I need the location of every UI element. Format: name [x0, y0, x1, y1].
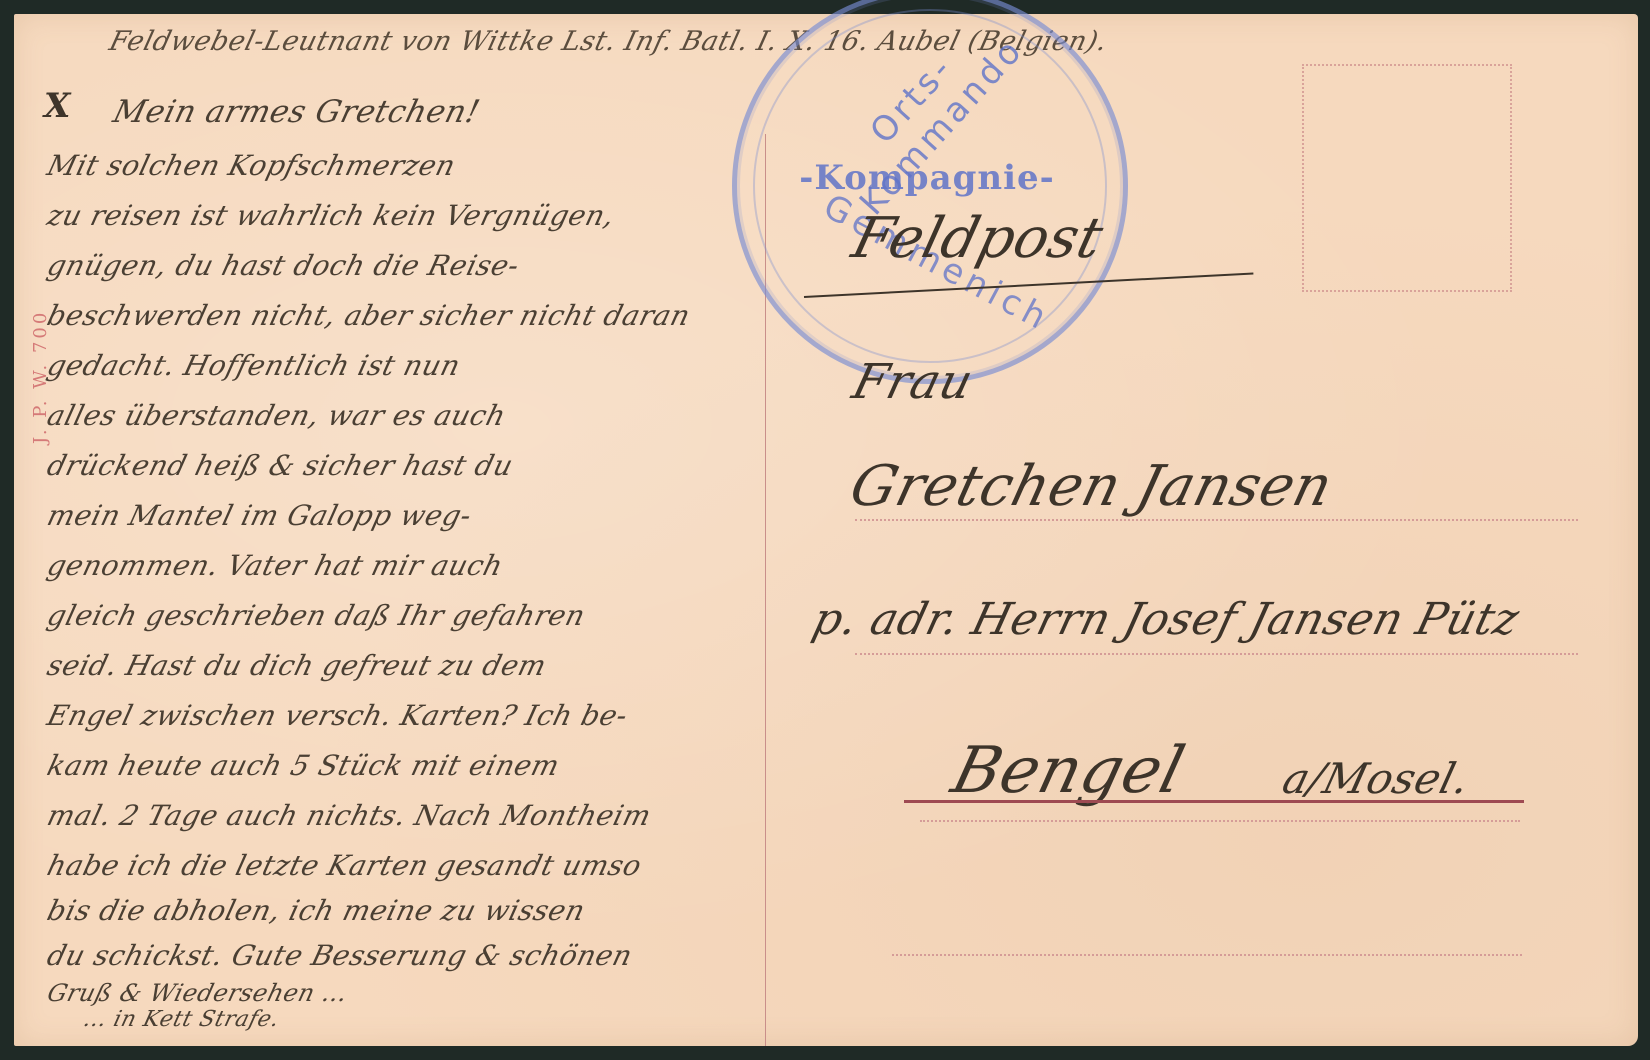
postmark-seal: Orts-Kommando -Kompagnie- Gemmenich	[732, 0, 1128, 384]
message-line: Mit solchen Kopfschmerzen	[44, 149, 459, 182]
stamp-box	[1302, 64, 1512, 292]
message-line: habe ich die letzte Karten gesandt umso	[44, 849, 645, 882]
postcard: Feldwebel-Leutnant von Wittke Lst. Inf. …	[14, 14, 1638, 1046]
address-line-4	[892, 954, 1522, 956]
message-line: du schickst. Gute Besserung & schönen	[44, 939, 636, 972]
message-line: ... in Kett Strafe.	[81, 1007, 282, 1032]
message-line: gleich geschrieben daß Ihr gefahren	[44, 599, 589, 632]
address-care-of: p. adr. Herrn Josef Jansen Pütz	[808, 594, 1525, 645]
address-underline-red	[904, 800, 1524, 803]
address-city: Bengel	[945, 734, 1192, 808]
message-line: kam heute auch 5 Stück mit einem	[44, 749, 563, 782]
message-line: mal. 2 Tage auch nichts. Nach Montheim	[44, 799, 655, 832]
message-line: genommen. Vater hat mir auch	[44, 549, 507, 582]
feldpost-note: Feldpost	[846, 206, 1110, 271]
message-line: seid. Hast du dich gefreut zu dem	[44, 649, 550, 682]
address-line-3	[920, 820, 1520, 822]
address-line-2	[855, 653, 1578, 655]
message-line: gnügen, du hast doch die Reise-	[44, 249, 523, 282]
message-line: Engel zwischen versch. Karten? Ich be-	[44, 699, 631, 732]
message-line: bis die abholen, ich meine zu wissen	[44, 894, 589, 927]
roman-mark: X	[44, 86, 70, 126]
message-line: alles überstanden, war es auch	[44, 399, 509, 432]
greeting: Mein armes Gretchen!	[110, 94, 484, 130]
message-line: gedacht. Hoffentlich ist nun	[44, 349, 464, 382]
message-line: zu reisen ist wahrlich kein Vergnügen,	[44, 199, 618, 232]
message-line: mein Mantel im Galopp weg-	[44, 499, 475, 532]
address-salutation: Frau	[847, 354, 979, 410]
message-line: drückend heiß & sicher hast du	[44, 449, 517, 482]
message-line: Gruß & Wiedersehen ...	[45, 979, 351, 1007]
printer-mark: J. P. W. 700	[30, 310, 51, 444]
address-region: a/Mosel.	[1278, 754, 1475, 803]
message-line: beschwerden nicht, aber sicher nicht dar…	[44, 299, 694, 332]
address-name: Gretchen Jansen	[844, 454, 1339, 519]
address-line-1	[855, 519, 1578, 521]
